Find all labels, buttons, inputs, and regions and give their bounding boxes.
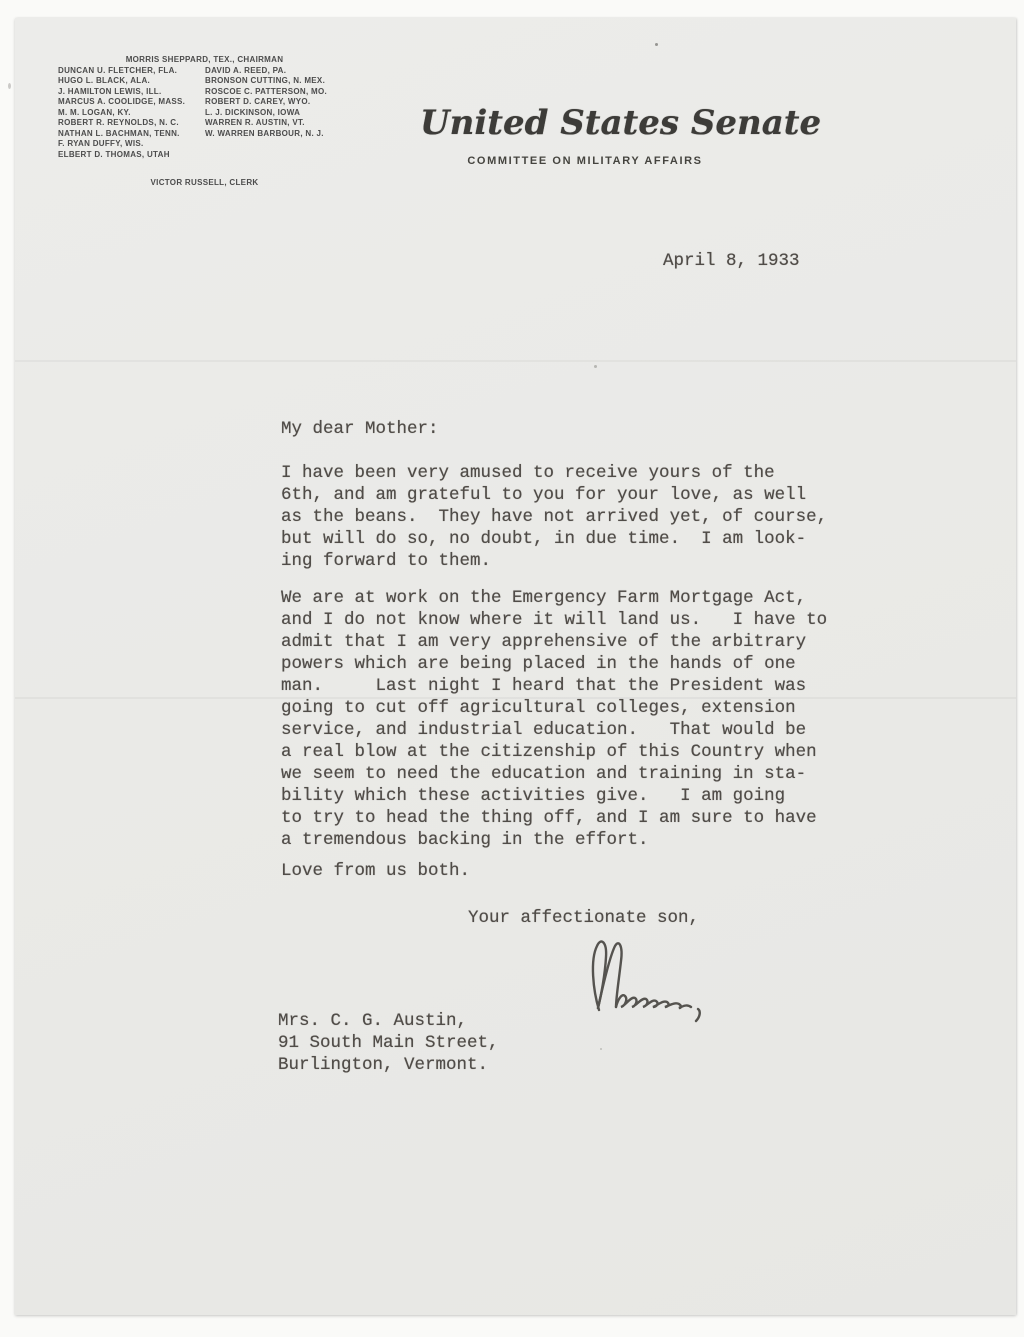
text-line: admit that I am very apprehensive of the…	[281, 631, 827, 653]
organization-title: United States Senate	[420, 103, 750, 143]
text-line: M. M. LOGAN, KY.	[58, 108, 205, 119]
scan-speck	[655, 43, 658, 46]
letterhead-members-left: DUNCAN U. FLETCHER, FLA.HUGO L. BLACK, A…	[58, 66, 205, 161]
letterhead-chairman: MORRIS SHEPPARD, TEX., CHAIRMAN	[58, 55, 351, 66]
scan-speck	[8, 83, 11, 89]
text-line: bility which these activities give. I am…	[281, 785, 827, 807]
valediction: Your affectionate son,	[468, 907, 699, 929]
paper-crease-top	[15, 360, 1016, 362]
scan-speck	[600, 1048, 602, 1050]
text-line: ing forward to them.	[281, 550, 827, 572]
signature-handwritten-warren	[585, 936, 711, 1028]
text-line: BRONSON CUTTING, N. MEX.	[205, 76, 327, 87]
letterhead-columns: DUNCAN U. FLETCHER, FLA.HUGO L. BLACK, A…	[58, 66, 351, 161]
text-line: Mrs. C. G. Austin,	[278, 1010, 499, 1032]
text-line: ROBERT D. CAREY, WYO.	[205, 97, 327, 108]
text-line: L. J. DICKINSON, IOWA	[205, 108, 327, 119]
letterhead-clerk: VICTOR RUSSELL, CLERK	[58, 178, 351, 189]
committee-title: COMMITTEE ON MILITARY AFFAIRS	[420, 155, 750, 167]
closing-line: Love from us both.	[281, 860, 470, 882]
letterhead-members-right: DAVID A. REED, PA.BRONSON CUTTING, N. ME…	[205, 66, 327, 161]
paragraph-2: We are at work on the Emergency Farm Mor…	[281, 587, 827, 851]
masthead: United States Senate COMMITTEE ON MILITA…	[420, 103, 750, 167]
text-line: a real blow at the citizenship of this C…	[281, 741, 827, 763]
text-line: ELBERT D. THOMAS, UTAH	[58, 150, 205, 161]
text-line: NATHAN L. BACHMAN, TENN.	[58, 129, 205, 140]
letterhead-member-list: MORRIS SHEPPARD, TEX., CHAIRMAN DUNCAN U…	[58, 55, 351, 189]
scan-speck	[594, 365, 597, 368]
text-line: 6th, and am grateful to you for your lov…	[281, 484, 827, 506]
text-line: WARREN R. AUSTIN, VT.	[205, 118, 327, 129]
text-line: as the beans. They have not arrived yet,…	[281, 506, 827, 528]
text-line: to try to head the thing off, and I am s…	[281, 807, 827, 829]
text-line: We are at work on the Emergency Farm Mor…	[281, 587, 827, 609]
text-line: ROBERT R. REYNOLDS, N. C.	[58, 118, 205, 129]
text-line: HUGO L. BLACK, ALA.	[58, 76, 205, 87]
text-line: we seem to need the education and traini…	[281, 763, 827, 785]
text-line: W. WARREN BARBOUR, N. J.	[205, 129, 327, 140]
text-line: 91 South Main Street,	[278, 1032, 499, 1054]
text-line: MARCUS A. COOLIDGE, MASS.	[58, 97, 205, 108]
text-line: DAVID A. REED, PA.	[205, 66, 327, 77]
text-line: going to cut off agricultural colleges, …	[281, 697, 827, 719]
text-line: service, and industrial education. That …	[281, 719, 827, 741]
recipient-address: Mrs. C. G. Austin,91 South Main Street,B…	[278, 1010, 499, 1076]
paragraph-1: I have been very amused to receive yours…	[281, 462, 827, 572]
text-line: F. RYAN DUFFY, WIS.	[58, 139, 205, 150]
text-line: Burlington, Vermont.	[278, 1054, 499, 1076]
text-line: and I do not know where it will land us.…	[281, 609, 827, 631]
text-line: powers which are being placed in the han…	[281, 653, 827, 675]
text-line: but will do so, no doubt, in due time. I…	[281, 528, 827, 550]
salutation: My dear Mother:	[281, 418, 439, 440]
text-line: ROSCOE C. PATTERSON, MO.	[205, 87, 327, 98]
text-line: J. HAMILTON LEWIS, ILL.	[58, 87, 205, 98]
text-line: a tremendous backing in the effort.	[281, 829, 827, 851]
text-line: I have been very amused to receive yours…	[281, 462, 827, 484]
letter-date: April 8, 1933	[663, 250, 800, 272]
scan-background: MORRIS SHEPPARD, TEX., CHAIRMAN DUNCAN U…	[0, 0, 1024, 1337]
text-line: DUNCAN U. FLETCHER, FLA.	[58, 66, 205, 77]
text-line: man. Last night I heard that the Preside…	[281, 675, 827, 697]
letter-page: MORRIS SHEPPARD, TEX., CHAIRMAN DUNCAN U…	[15, 18, 1016, 1315]
